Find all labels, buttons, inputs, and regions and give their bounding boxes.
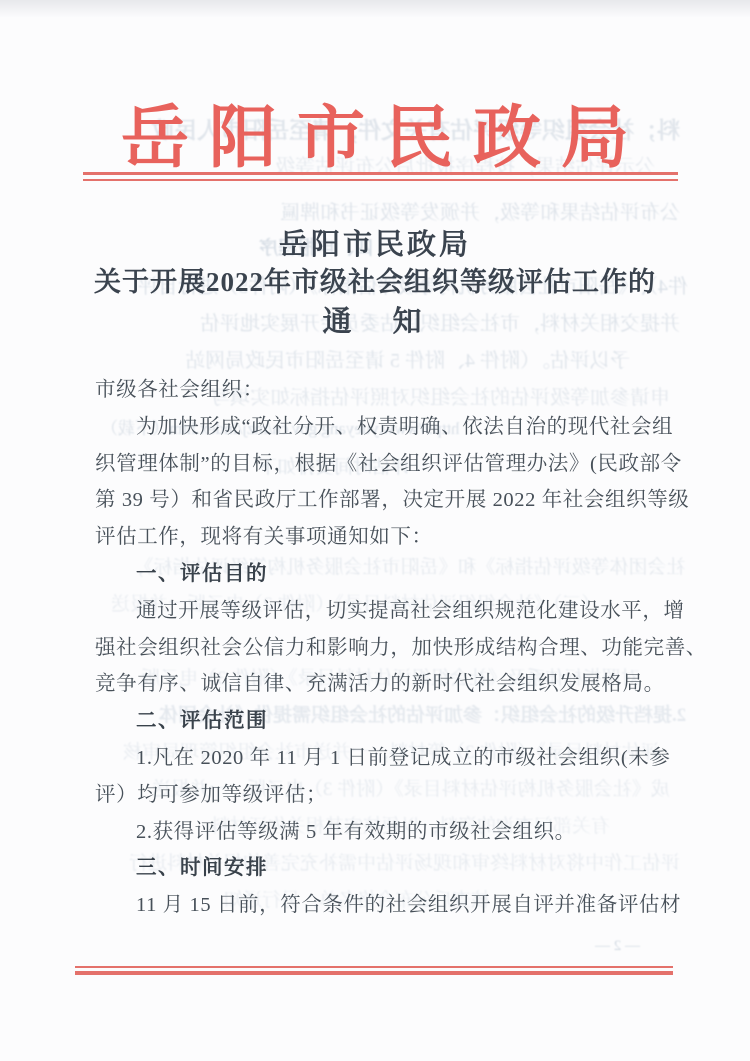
- body-line: 为加快形成“政社分开、权责明确、依法自治的现代社会组: [95, 409, 658, 446]
- body-line: 第 39 号）和省民政厅工作部署，决定开展 2022 年社会组织等级: [95, 482, 658, 519]
- letterhead-agency-title: 岳阳市民政局: [0, 84, 750, 181]
- scanned-notice-page: — 2 — 料；社会组织等级评估有关文件，请至岳阳市人民政公示评估结果，按程序报…: [0, 0, 750, 1061]
- body-line: 1.凡在 2020 年 11 月 1 日前登记成立的市级社会组织(未参: [95, 740, 658, 777]
- bleedthrough-text-line: 公布评估结果和等级，并颁发等级证书和牌匾: [280, 196, 680, 225]
- body-line: 织管理体制”的目标，根据《社会组织评估管理办法》(民政部令: [95, 446, 658, 483]
- section-heading-2: 二、评估范围: [95, 703, 658, 740]
- body-line: 强社会组织社会公信力和影响力，加快形成结构合理、功能完善、: [95, 630, 658, 667]
- document-title-block: 岳阳市民政局 关于开展2022年市级社会组织等级评估工作的 通 知: [0, 228, 750, 341]
- letterhead-rule-thick: [83, 172, 678, 175]
- letterhead-rule-thin: [83, 179, 678, 181]
- bleedthrough-page-number: — 2 —: [595, 938, 640, 955]
- body-line: 通过开展等级评估，切实提高社会组织规范化建设水平，增: [95, 593, 658, 630]
- section-heading-1: 一、评估目的: [95, 556, 658, 593]
- salutation-line: 市级各社会组织：: [95, 372, 658, 409]
- body-line: 11 月 15 日前，符合条件的社会组织开展自评并准备评估材: [95, 887, 658, 924]
- title-subject-line: 关于开展2022年市级社会组织等级评估工作的: [0, 264, 750, 301]
- title-notice-word: 通 知: [0, 303, 750, 341]
- footer-rule-thick: [75, 971, 673, 975]
- footer-rule-thin: [75, 966, 673, 968]
- body-line: 竞争有序、诚信自律、充满活力的新时代社会组织发展格局。: [95, 666, 658, 703]
- bleedthrough-text-line: 予以评估。（附件 4、附件 5 请至岳阳市民政局网站: [185, 344, 630, 373]
- title-agency-line: 岳阳市民政局: [0, 228, 750, 262]
- notice-body: 市级各社会组织： 为加快形成“政社分开、权责明确、依法自治的现代社会组 织管理体…: [95, 372, 658, 924]
- body-line: 评）均可参加等级评估；: [95, 777, 658, 814]
- body-line: 评估工作，现将有关事项通知如下：: [95, 519, 658, 556]
- body-line: 2.获得评估等级满 5 年有效期的市级社会组织。: [95, 814, 658, 851]
- scan-edge-shadow: [0, 0, 750, 18]
- section-heading-3: 三、时间安排: [95, 850, 658, 887]
